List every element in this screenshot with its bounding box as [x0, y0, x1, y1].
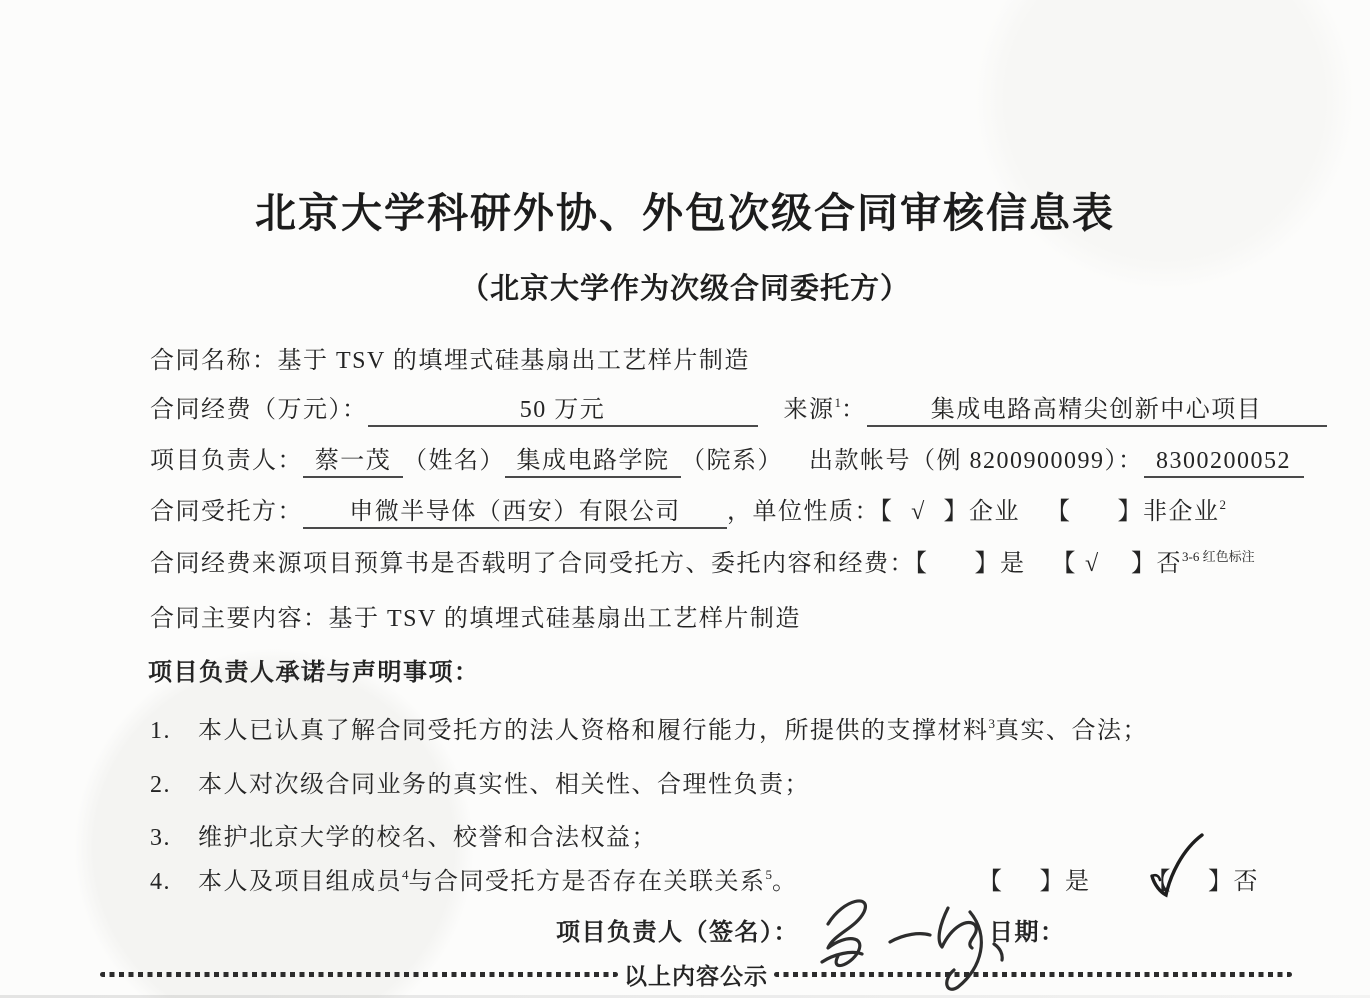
scanned-form-page: 北京大学科研外协、外包次级合同审核信息表 （北京大学作为次级合同委托方） 合同名…	[0, 0, 1370, 998]
declaration-item-1: 1.本人已认真了解合同受托方的法人资格和履行能力，所提供的支撑材料3真实、合法；	[150, 716, 1148, 747]
pi-dept-value: 集成电路学院	[505, 447, 681, 478]
form-title: 北京大学科研外协、外包次级合同审核信息表	[0, 180, 1370, 239]
item-1-text-post: 真实、合法；	[995, 718, 1148, 744]
main-content-label: 合同主要内容：	[150, 606, 329, 632]
main-content-value: 基于 TSV 的填埋式硅基扇出工艺样片制造	[329, 606, 801, 632]
budget-yes-bracket-open: 【	[915, 551, 929, 577]
relation-yes-label: 是	[1065, 869, 1091, 895]
relation-checkboxes: 【】是【】否	[978, 867, 1259, 898]
trustee-label: 合同受托方：	[150, 499, 303, 525]
contract-name-label: 合同名称：	[150, 348, 278, 374]
source-value: 集成电路高精尖创新中心项目	[867, 396, 1327, 427]
item-4-text-post: 。	[772, 869, 798, 895]
item-3-text: 维护北京大学的校名、校誉和合法权益；	[198, 825, 657, 851]
trustee-orgtype-row: 合同受托方：申微半导体（西安）有限公司，单位性质：【√】企业【】非企业2	[150, 497, 1226, 529]
non-enterprise-bracket-open: 【	[1046, 499, 1072, 525]
signature-label: 项目负责人（签名）：	[556, 920, 799, 946]
relation-no-label: 否	[1234, 869, 1260, 895]
contract-name-value: 基于 TSV 的填埋式硅基扇出工艺样片制造	[278, 348, 750, 374]
publicity-divider: 以上内容公示	[100, 958, 1292, 991]
pi-label: 项目负责人：	[150, 448, 303, 474]
declaration-item-3: 3.维护北京大学的校名、校誉和合法权益；	[150, 823, 657, 854]
non-enterprise-bracket-close: 】	[1118, 499, 1144, 525]
item-1-number: 1.	[150, 716, 198, 747]
publicity-label: 以上内容公示	[624, 958, 768, 991]
account-label: 出款帐号（例 8200900099）：	[809, 448, 1144, 474]
pi-account-row: 项目负责人：蔡一茂（姓名）集成电路学院（院系）出款帐号（例 8200900099…	[150, 446, 1304, 478]
declaration-heading: 项目负责人承诺与声明事项：	[148, 658, 480, 689]
non-enterprise-footnote-ref: 2	[1220, 497, 1227, 512]
enterprise-bracket-close: 】	[944, 499, 970, 525]
source-colon: ：	[841, 397, 867, 423]
funding-label: 合同经费（万元）：	[150, 397, 368, 423]
trustee-value: 申微半导体（西安）有限公司	[303, 498, 727, 529]
item-4-number: 4.	[150, 867, 198, 898]
form-subtitle: （北京大学作为次级合同委托方）	[0, 266, 1370, 307]
trustee-separator: ，	[727, 499, 753, 525]
budget-question-row: 合同经费来源项目预算书是否载明了合同受托方、委托内容和经费：【】是【√】否3-6…	[150, 549, 1255, 580]
pi-dept-note: （院系）	[681, 448, 783, 474]
budget-no-label: 否	[1157, 551, 1183, 577]
declaration-item-4: 4.本人及项目组成员4与合同受托方是否存在关联关系5。	[150, 867, 798, 898]
relation-yes-bracket-close: 】	[1040, 869, 1066, 895]
item-1-text: 本人已认真了解合同受托方的法人资格和履行能力，所提供的支撑材料	[198, 718, 989, 744]
source-label: 来源	[784, 397, 835, 423]
pi-name-value: 蔡一茂	[303, 447, 403, 478]
budget-no-bracket-open: 【	[1052, 551, 1078, 577]
item-2-text: 本人对次级合同业务的真实性、相关性、合理性负责；	[198, 772, 810, 798]
main-content-row: 合同主要内容：基于 TSV 的填埋式硅基扇出工艺样片制造	[150, 604, 801, 635]
enterprise-checkmark: √	[894, 497, 944, 528]
divider-dots-left	[100, 972, 618, 977]
declaration-item-2: 2.本人对次级合同业务的真实性、相关性、合理性负责；	[150, 770, 810, 801]
enterprise-label: 企业	[969, 499, 1020, 525]
item-3-number: 3.	[150, 823, 198, 854]
budget-no-footnote-ref: 3-6 红色标注	[1182, 549, 1255, 564]
non-enterprise-label: 非企业	[1143, 499, 1220, 525]
orgtype-label: 单位性质：	[753, 499, 881, 525]
enterprise-bracket-open: 【	[880, 499, 894, 525]
funding-source-row: 合同经费（万元）：50 万元来源1：集成电路高精尖创新中心项目	[150, 395, 1327, 427]
budget-yes-bracket-close: 】	[975, 551, 1001, 577]
funding-value: 50 万元	[368, 396, 758, 427]
item-2-number: 2.	[150, 770, 198, 801]
item-4-text: 本人及项目组成员	[198, 869, 402, 895]
budget-no-bracket-close: 】	[1131, 551, 1157, 577]
handwritten-checkmark-icon	[1146, 832, 1212, 910]
item-4-text-mid: 与合同受托方是否存在关联关系	[409, 869, 766, 895]
contract-name-row: 合同名称：基于 TSV 的填埋式硅基扇出工艺样片制造	[150, 346, 750, 377]
budget-no-checkmark: √	[1077, 549, 1131, 580]
divider-dots-right	[774, 972, 1292, 977]
budget-question-label: 合同经费来源项目预算书是否载明了合同受托方、委托内容和经费：	[150, 551, 915, 577]
budget-yes-label: 是	[1000, 551, 1026, 577]
account-value: 8300200052	[1144, 447, 1304, 478]
pi-name-note: （姓名）	[403, 448, 505, 474]
